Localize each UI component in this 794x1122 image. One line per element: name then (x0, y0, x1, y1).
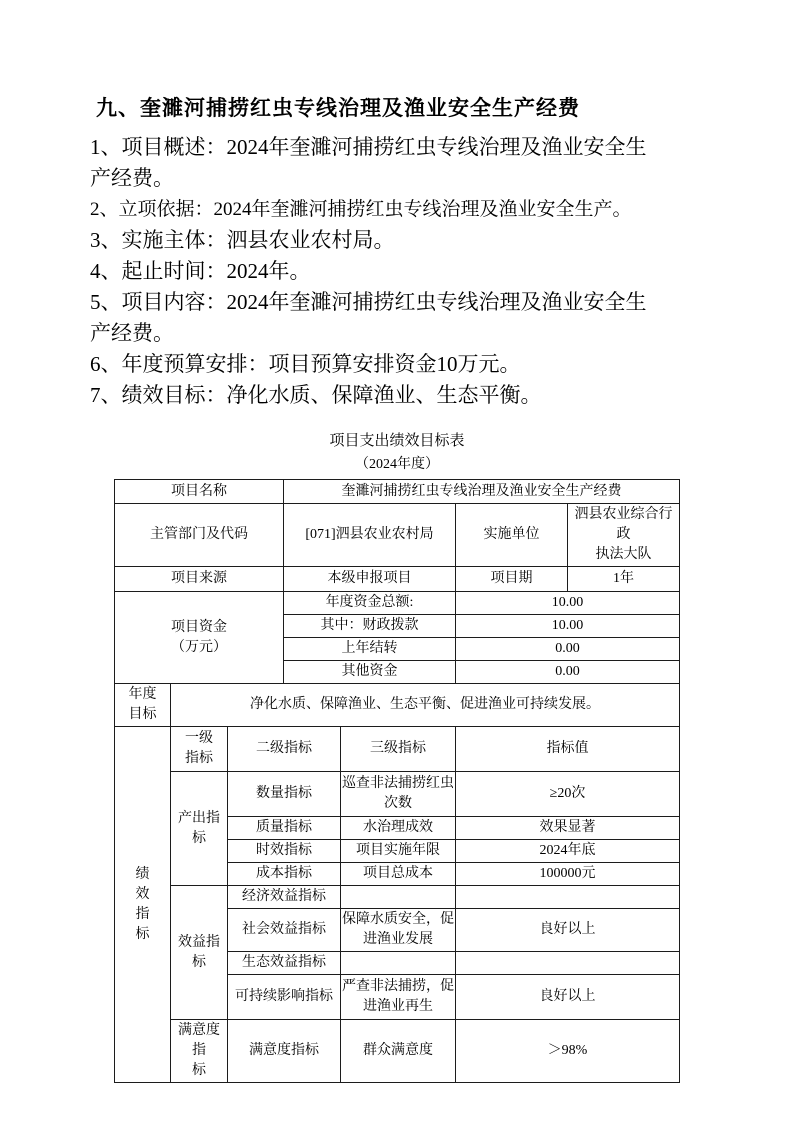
document-page: 九、奎濉河捕捞红虫专线治理及渔业安全生产经费 1、项目概述：2024年奎濉河捕捞… (0, 0, 794, 1122)
satisfaction-indicator-label: 满意度指标 (227, 1020, 340, 1083)
benefit-indicator-group-label: 效益指标 (170, 886, 227, 1020)
economic-benefit-detail (341, 886, 456, 909)
row-indicator-header: 绩 效 指 标 一级 指标 二级指标 三级指标 指标值 (114, 727, 679, 772)
project-overview-list: 1、项目概述：2024年奎濉河捕捞红虫专线治理及渔业安全生 产经费。 2、立项依… (90, 132, 715, 411)
overview-item-3: 3、实施主体：泗县农业农村局。 (90, 225, 715, 256)
table-subtitle: （2024年度） (0, 453, 794, 473)
table-title: 项目支出绩效目标表 (0, 429, 794, 450)
economic-benefit-value (456, 886, 680, 909)
row-project-source: 项目来源 本级申报项目 项目期 1年 (114, 567, 679, 592)
funds-fiscal-value: 10.00 (456, 615, 680, 638)
cost-indicator-label: 成本指标 (227, 863, 340, 886)
overview-item-4: 4、起止时间：2024年。 (90, 256, 715, 287)
quantity-indicator-value: ≥20次 (456, 772, 680, 817)
cost-indicator-value: 100000元 (456, 863, 680, 886)
header-level1: 一级 指标 (170, 727, 227, 772)
funds-other-label: 其他资金 (284, 661, 456, 684)
social-benefit-label: 社会效益指标 (227, 909, 340, 952)
header-level2: 二级指标 (227, 727, 340, 772)
satisfaction-indicator-value: ＞98% (456, 1020, 680, 1083)
quantity-indicator-detail: 巡查非法捕捞红虫 次数 (341, 772, 456, 817)
project-name-value: 奎濉河捕捞红虫专线治理及渔业安全生产经费 (284, 480, 680, 504)
annual-goal-value: 净化水质、保障渔业、生态平衡、促进渔业可持续发展。 (170, 684, 679, 727)
row-project-name: 项目名称 奎濉河捕捞红虫专线治理及渔业安全生产经费 (114, 480, 679, 504)
project-funds-label: 项目资金 （万元） (114, 592, 283, 684)
performance-target-table: 项目名称 奎濉河捕捞红虫专线治理及渔业安全生产经费 主管部门及代码 [071]泗… (114, 479, 680, 1083)
satisfaction-indicator-group-label: 满意度指 标 (170, 1020, 227, 1083)
sustainability-indicator-label: 可持续影响指标 (227, 975, 340, 1020)
ecological-benefit-detail (341, 952, 456, 975)
satisfaction-indicator-detail: 群众满意度 (341, 1020, 456, 1083)
overview-item-2: 2、立项依据：2024年奎濉河捕捞红虫专线治理及渔业安全生产。 (90, 194, 715, 225)
project-source-label: 项目来源 (114, 567, 283, 592)
ecological-benefit-value (456, 952, 680, 975)
funds-fiscal-label: 其中：财政拨款 (284, 615, 456, 638)
header-value: 指标值 (456, 727, 680, 772)
implementing-unit-value: 泗县农业综合行政 执法大队 (568, 504, 680, 567)
annual-goal-label: 年度 目标 (114, 684, 170, 727)
output-indicator-group-label: 产出指标 (170, 772, 227, 886)
project-source-value: 本级申报项目 (284, 567, 456, 592)
ecological-benefit-label: 生态效益指标 (227, 952, 340, 975)
timeliness-indicator-label: 时效指标 (227, 840, 340, 863)
quality-indicator-value: 效果显著 (456, 817, 680, 840)
project-name-label: 项目名称 (114, 480, 283, 504)
overview-item-5: 5、项目内容：2024年奎濉河捕捞红虫专线治理及渔业安全生 产经费。 (90, 287, 715, 349)
funds-total-label: 年度资金总额: (284, 592, 456, 615)
overview-item-6: 6、年度预算安排：项目预算安排资金10万元。 (90, 349, 715, 380)
header-level3: 三级指标 (341, 727, 456, 772)
sustainability-indicator-value: 良好以上 (456, 975, 680, 1020)
row-annual-goal: 年度 目标 净化水质、保障渔业、生态平衡、促进渔业可持续发展。 (114, 684, 679, 727)
section-title: 九、奎濉河捕捞红虫专线治理及渔业安全生产经费 (96, 92, 794, 122)
funds-total-value: 10.00 (456, 592, 680, 615)
overview-item-1: 1、项目概述：2024年奎濉河捕捞红虫专线治理及渔业安全生 产经费。 (90, 132, 715, 194)
quality-indicator-label: 质量指标 (227, 817, 340, 840)
quality-indicator-detail: 水治理成效 (341, 817, 456, 840)
quantity-indicator-label: 数量指标 (227, 772, 340, 817)
project-period-value: 1年 (568, 567, 680, 592)
row-quantity-indicator: 产出指标 数量指标 巡查非法捕捞红虫 次数 ≥20次 (114, 772, 679, 817)
timeliness-indicator-value: 2024年底 (456, 840, 680, 863)
row-satisfaction-indicator: 满意度指 标 满意度指标 群众满意度 ＞98% (114, 1020, 679, 1083)
row-funds-total: 项目资金 （万元） 年度资金总额: 10.00 (114, 592, 679, 615)
funds-other-value: 0.00 (456, 661, 680, 684)
row-economic-benefit: 效益指标 经济效益指标 (114, 886, 679, 909)
social-benefit-value: 良好以上 (456, 909, 680, 952)
sustainability-indicator-detail: 严查非法捕捞，促 进渔业再生 (341, 975, 456, 1020)
overview-item-7: 7、绩效目标：净化水质、保障渔业、生态平衡。 (90, 380, 715, 411)
department-value: [071]泗县农业农村局 (284, 504, 456, 567)
funds-carryover-value: 0.00 (456, 638, 680, 661)
timeliness-indicator-detail: 项目实施年限 (341, 840, 456, 863)
performance-indicator-side-label: 绩 效 指 标 (114, 727, 170, 1083)
funds-carryover-label: 上年结转 (284, 638, 456, 661)
implementing-unit-label: 实施单位 (456, 504, 568, 567)
project-period-label: 项目期 (456, 567, 568, 592)
social-benefit-detail: 保障水质安全，促 进渔业发展 (341, 909, 456, 952)
row-department: 主管部门及代码 [071]泗县农业农村局 实施单位 泗县农业综合行政 执法大队 (114, 504, 679, 567)
cost-indicator-detail: 项目总成本 (341, 863, 456, 886)
economic-benefit-label: 经济效益指标 (227, 886, 340, 909)
department-label: 主管部门及代码 (114, 504, 283, 567)
